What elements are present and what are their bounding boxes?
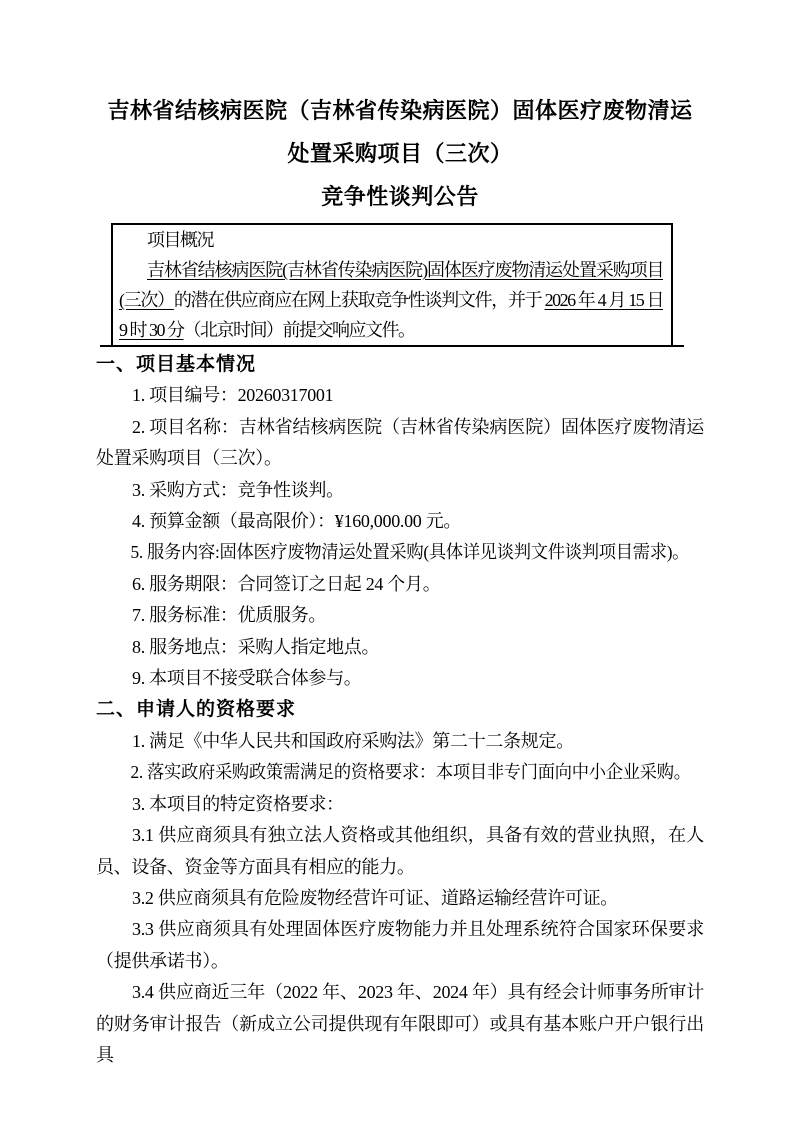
section1-item-project-number: 1. 项目编号：20260317001 bbox=[96, 380, 704, 411]
section-2-heading: 二、申请人的资格要求 bbox=[96, 694, 704, 725]
section1-item-service-content: 5. 服务内容:固体医疗废物清运处置采购(具体详见谈判文件谈判项目需求)。 bbox=[96, 537, 680, 568]
section2-item-policy-requirement: 2. 落实政府采购政策需满足的资格要求：本项目非专门面向中小企业采购。 bbox=[96, 757, 680, 788]
section2-item-law-article22: 1. 满足《中华人民共和国政府采购法》第二十二条规定。 bbox=[96, 726, 704, 757]
overview-end-text: （北京时间）前提交响应文件。 bbox=[184, 320, 415, 340]
overview-label: 项目概况 bbox=[119, 225, 663, 255]
document-title: 吉林省结核病医院（吉林省传染病医院）固体医疗废物清运 处置采购项目（三次） 竞争… bbox=[96, 89, 704, 218]
section-1-heading: 一、项目基本情况 bbox=[96, 349, 704, 380]
section2-item-specific-requirements: 3. 本项目的特定资格要求： bbox=[96, 789, 704, 820]
section1-item-project-name: 2. 项目名称：吉林省结核病医院（吉林省传染病医院）固体医疗废物清运处置采购项目… bbox=[96, 412, 704, 475]
project-overview-box: 项目概况 吉林省结核病医院(吉林省传染病医院)固体医疗废物清运处置采购项目(三次… bbox=[111, 223, 673, 345]
section1-item-service-standard: 7. 服务标准：优质服务。 bbox=[96, 600, 704, 631]
document-content: 吉林省结核病医院（吉林省传染病医院）固体医疗废物清运 处置采购项目（三次） 竞争… bbox=[0, 0, 794, 1071]
title-line-1: 吉林省结核病医院（吉林省传染病医院）固体医疗废物清运 bbox=[96, 89, 704, 132]
section1-item-service-term: 6. 服务期限：合同签订之日起 24 个月。 bbox=[96, 569, 704, 600]
section2-item-3-4-audit-report: 3.4 供应商近三年（2022 年、2023 年、2024 年）具有经会计师事务… bbox=[96, 977, 704, 1071]
section1-item-service-location: 8. 服务地点：采购人指定地点。 bbox=[96, 632, 704, 663]
section1-item-budget: 4. 预算金额（最高限价）：¥160,000.00 元。 bbox=[96, 506, 704, 537]
document-page: 吉林省结核病医院（吉林省传染病医院）固体医疗废物清运 处置采购项目（三次） 竞争… bbox=[0, 0, 794, 1123]
section2-item-3-1-legal-person: 3.1 供应商须具有独立法人资格或其他组织，具备有效的营业执照，在人员、设备、资… bbox=[96, 820, 704, 883]
section2-item-3-2-licenses: 3.2 供应商须具有危险废物经营许可证、道路运输经营许可证。 bbox=[96, 883, 704, 914]
title-line-3: 竞争性谈判公告 bbox=[96, 175, 704, 218]
title-line-2: 处置采购项目（三次） bbox=[96, 132, 704, 175]
overview-paragraph: 吉林省结核病医院(吉林省传染病医院)固体医疗废物清运处置采购项目(三次）的潜在供… bbox=[119, 255, 663, 345]
section1-item-procurement-method: 3. 采购方式：竞争性谈判。 bbox=[96, 475, 704, 506]
section1-item-no-consortium: 9. 本项目不接受联合体参与。 bbox=[96, 663, 704, 694]
section2-item-3-3-capability: 3.3 供应商须具有处理固体医疗废物能力并且处理系统符合国家环保要求（提供承诺书… bbox=[96, 914, 704, 977]
overview-middle-text: 的潜在供应商应在网上获取竞争性谈判文件，并于 bbox=[174, 290, 545, 310]
